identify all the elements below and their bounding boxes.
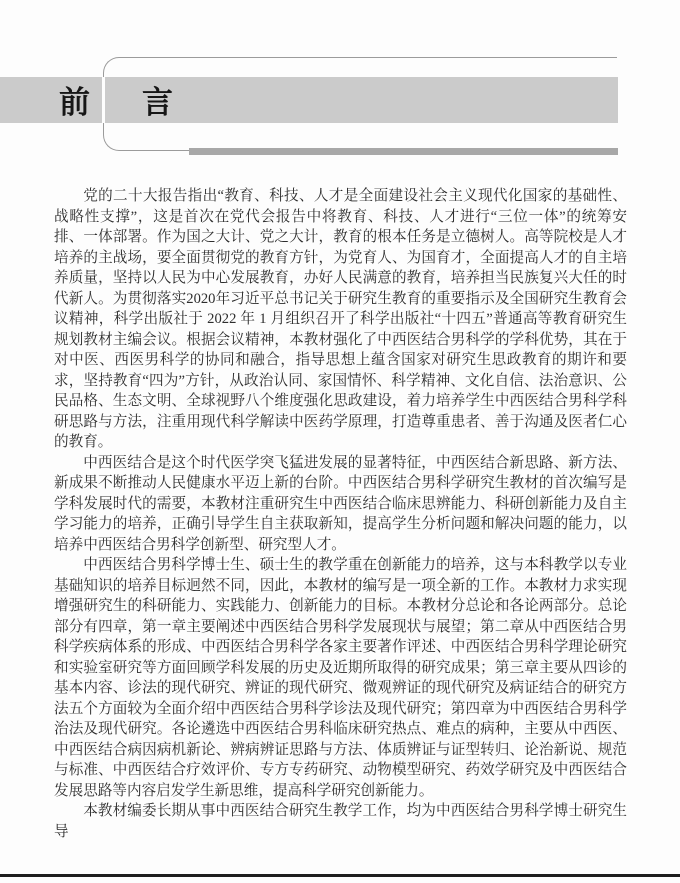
preface-paragraph: 本教材编委长期从事中西医结合研究生教学工作，均为中西医结合男科学博士研究生导	[54, 801, 627, 842]
chapter-title-banner: 前 言	[0, 77, 618, 123]
preface-paragraph: 中西医结合是这个时代医学突飞猛进发展的显著特征，中西医结合新思路、新方法、新成果…	[54, 453, 627, 556]
page-bottom-rule	[0, 874, 680, 877]
header-thick-bar	[189, 148, 618, 155]
preface-paragraph: 中西医结合男科学博士生、硕士生的教学重在创新能力的培养，这与本科教学以专业基础知…	[54, 555, 627, 801]
preface-body: 党的二十大报告指出“教育、科技、人才是全面建设社会主义现代化国家的基础性、战略性…	[54, 186, 627, 842]
preface-page: 前 言 党的二十大报告指出“教育、科技、人才是全面建设社会主义现代化国家的基础性…	[0, 0, 680, 883]
preface-paragraph: 党的二十大报告指出“教育、科技、人才是全面建设社会主义现代化国家的基础性、战略性…	[54, 186, 627, 453]
chapter-title-char-1: 前	[59, 87, 90, 118]
banner-notch-line	[102, 77, 105, 123]
chapter-title-char-2: 言	[142, 87, 173, 118]
